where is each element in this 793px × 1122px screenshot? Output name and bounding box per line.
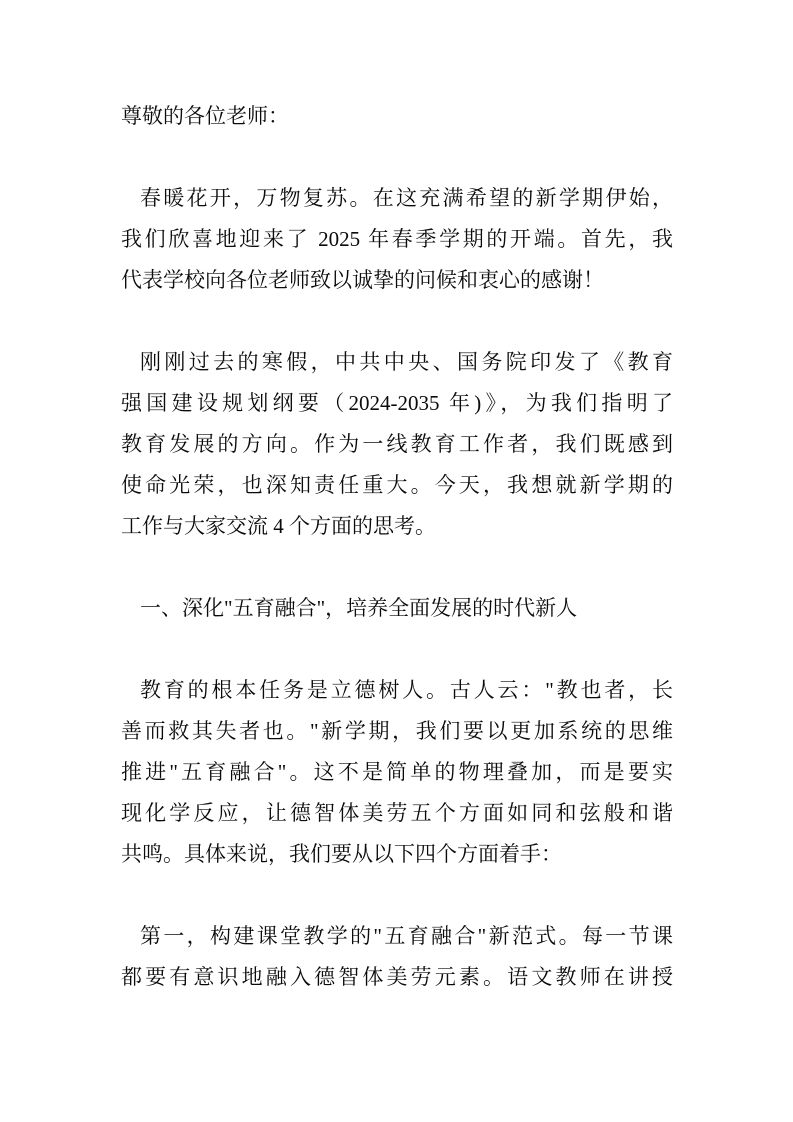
section-heading: 一、深化"五育融合"，培养全面发展的时代新人 xyxy=(121,588,673,629)
text-line: 现化学反应，让德智体美劳五个方面如同和弦般和谐 xyxy=(121,793,673,834)
text-line: 善而救其失者也。"新学期，我们要以更加系统的思维 xyxy=(121,711,673,752)
text-line: 教育发展的方向。作为一线教育工作者，我们既感到 xyxy=(121,424,673,465)
paragraph-policy: 刚刚过去的寒假，中共中央、国务院印发了《教育 强国建设规划纲要（2024-203… xyxy=(121,342,673,547)
text-line: 教育的根本任务是立德树人。古人云："教也者，长 xyxy=(121,670,673,711)
paragraph-first-point: 第一，构建课堂教学的"五育融合"新范式。每一节课 都要有意识地融入德智体美劳元素… xyxy=(121,916,673,998)
text-line: 代表学校向各位老师致以诚挚的问候和衷心的感谢！ xyxy=(121,260,673,301)
document-page: 尊敬的各位老师： 春暖花开，万物复苏。在这充满希望的新学期伊始， 我们欣喜地迎来… xyxy=(0,0,793,1122)
text-line: 春暖花开，万物复苏。在这充满希望的新学期伊始， xyxy=(121,178,673,219)
text-line: 我们欣喜地迎来了 2025 年春季学期的开端。首先，我 xyxy=(121,219,673,260)
text-line: 工作与大家交流 4 个方面的思考。 xyxy=(121,506,673,547)
text-line: 推进"五育融合"。这不是简单的物理叠加，而是要实 xyxy=(121,752,673,793)
paragraph-salutation: 尊敬的各位老师： xyxy=(121,96,673,137)
paragraph-heading-1: 一、深化"五育融合"，培养全面发展的时代新人 xyxy=(121,588,673,629)
text-line: 使命光荣，也深知责任重大。今天，我想就新学期的 xyxy=(121,465,673,506)
salutation-line: 尊敬的各位老师： xyxy=(121,96,673,137)
text-line: 都要有意识地融入德智体美劳元素。语文教师在讲授 xyxy=(121,957,673,998)
text-line: 强国建设规划纲要（2024-2035 年)》，为我们指明了 xyxy=(121,383,673,424)
text-line: 刚刚过去的寒假，中共中央、国务院印发了《教育 xyxy=(121,342,673,383)
paragraph-five-educations: 教育的根本任务是立德树人。古人云："教也者，长 善而救其失者也。"新学期，我们要… xyxy=(121,670,673,875)
text-line: 第一，构建课堂教学的"五育融合"新范式。每一节课 xyxy=(121,916,673,957)
paragraph-opening: 春暖花开，万物复苏。在这充满希望的新学期伊始， 我们欣喜地迎来了 2025 年春… xyxy=(121,178,673,301)
text-line: 共鸣。具体来说，我们要从以下四个方面着手： xyxy=(121,834,673,875)
